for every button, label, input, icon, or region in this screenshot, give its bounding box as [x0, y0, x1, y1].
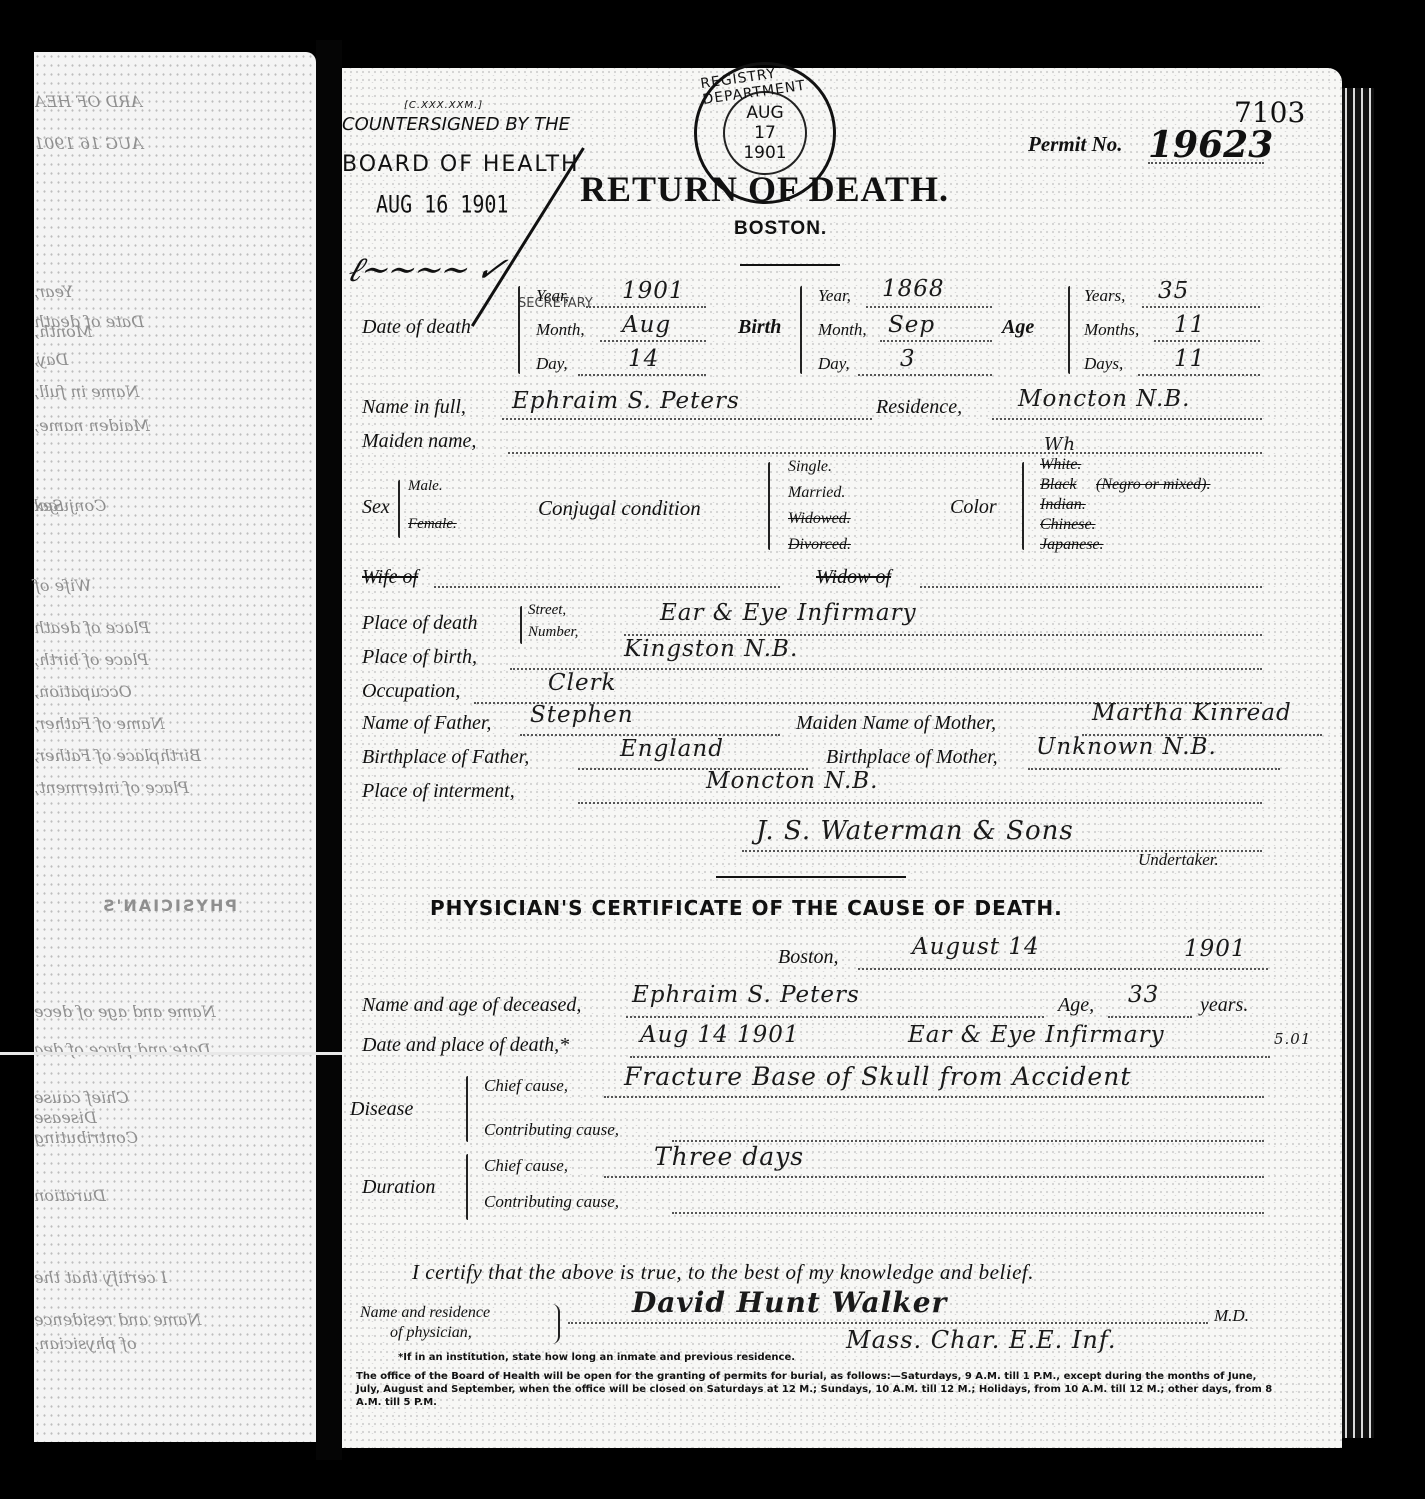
street-label: Street, [528, 602, 566, 619]
disease-chief-cause-label: Chief cause, [484, 1076, 568, 1096]
field-line [604, 1096, 1264, 1098]
field-line [600, 340, 706, 342]
stub-mirrored-text: Place of birth, [34, 650, 304, 669]
stub-mirrored-text: Conjugal [34, 496, 304, 515]
stub-mirrored-text: Place of interment, [34, 778, 304, 797]
certificate-age-label: Age, [1058, 994, 1094, 1017]
stub-mirrored-text: Birthplace of Father, [34, 746, 304, 765]
field-line [510, 668, 1262, 670]
birth-month-value: Sep [888, 312, 935, 338]
age-days-value: 11 [1174, 346, 1205, 372]
brace [466, 1154, 468, 1220]
stub-mirrored-text: Occupation, [34, 682, 304, 701]
permit-number: 19623 [1148, 124, 1273, 166]
form-title: RETURN OF DEATH. [580, 168, 949, 210]
number-label: Number, [528, 624, 578, 641]
field-line [1108, 1016, 1192, 1018]
death-date-value: Aug 14 1901 [640, 1022, 800, 1048]
name-value: Ephraim S. Peters [512, 388, 740, 414]
stub-mirrored-text: Wife of [34, 576, 304, 595]
stub-mirrored-text: Name of Father, [34, 714, 304, 733]
father-birthplace-label: Birthplace of Father, [362, 746, 529, 769]
duration-chief-cause-label: Chief cause, [484, 1156, 568, 1176]
stub-mirrored-text: I certify that the [34, 1268, 304, 1287]
option-chinese: Chinese. [1040, 516, 1096, 534]
field-line [672, 1212, 1264, 1214]
color-note: Wh [1044, 434, 1076, 455]
field-line [880, 340, 992, 342]
duration-chief-cause-value: Three days [654, 1142, 804, 1171]
birth-day-label: Day, [818, 354, 850, 374]
interment-value: Moncton N.B. [706, 768, 878, 794]
undertaker-label: Undertaker. [1138, 850, 1219, 870]
field-line [1138, 374, 1260, 376]
brace [520, 606, 522, 644]
brace [768, 462, 770, 550]
form-code: [C.XXX.XXM.] [404, 100, 483, 111]
age-label: Age [1002, 316, 1034, 339]
stub-mirrored-text: Date and place of dea [34, 1040, 304, 1059]
residence-label: Residence, [876, 396, 962, 419]
brace [398, 480, 400, 538]
birth-year-value: 1868 [882, 276, 945, 302]
field-line [920, 586, 1262, 588]
age-years-value: 35 [1158, 278, 1189, 304]
birth-year-label: Year, [818, 286, 851, 306]
field-line [626, 1016, 1044, 1018]
stub-mirrored-text: Year, [34, 282, 304, 301]
father-birthplace-value: England [620, 736, 724, 762]
mother-birthplace-label: Birthplace of Mother, [826, 746, 998, 769]
place-of-death-value: Ear & Eye Infirmary [660, 600, 917, 626]
interment-label: Place of interment, [362, 780, 515, 803]
place-of-birth-value: Kingston N.B. [624, 636, 798, 662]
death-day-label: Day, [536, 354, 568, 374]
sex-option-male: Male. [408, 478, 443, 495]
field-line [1028, 768, 1280, 770]
death-month-value: Aug [622, 312, 671, 338]
stub-mirrored-text: Chief cause [34, 1088, 304, 1107]
conjugal-condition-label: Conjugal condition [538, 496, 701, 521]
physician-label-2: of physician, [390, 1324, 472, 1342]
place-of-birth-label: Place of birth, [362, 646, 477, 669]
stub-mirrored-text: Place of death [34, 618, 304, 637]
option-single: Single. [788, 458, 832, 476]
death-day-value: 14 [628, 346, 659, 372]
stub-mirrored-text: Day, [34, 350, 304, 369]
certificate-city-label: Boston, [778, 946, 839, 969]
stamp-date: AUG 17 1901 [697, 103, 833, 163]
stub-mirrored-text: Name in full, [34, 382, 304, 401]
mother-maiden-name-label: Maiden Name of Mother, [796, 712, 996, 735]
option-japanese: Japanese. [1040, 536, 1104, 554]
duration-label: Duration [362, 1176, 435, 1199]
brace [800, 286, 802, 374]
brace [518, 286, 520, 374]
margin-note: 5.01 [1274, 1030, 1311, 1048]
maiden-name-label: Maiden name, [362, 430, 476, 453]
disease-contributing-cause-label: Contributing cause, [484, 1120, 619, 1140]
brace [1022, 462, 1024, 550]
death-year-label: Year, [536, 286, 569, 306]
age-months-value: 11 [1174, 312, 1205, 338]
office-hours-notice: The office of the Board of Health will b… [356, 1370, 1276, 1409]
undertaker-signature: J. S. Waterman & Sons [756, 816, 1074, 846]
age-years-label: Years, [1084, 286, 1125, 306]
disease-chief-cause-value: Fracture Base of Skull from Accident [624, 1062, 1131, 1091]
stub-mirrored-text: Contributing [34, 1128, 304, 1147]
death-year-value: 1901 [622, 278, 685, 304]
brace [466, 1076, 468, 1142]
disease-label: Disease [350, 1098, 413, 1121]
stub-mirrored-text: Month, [34, 322, 304, 341]
option-divorced: Divorced. [788, 536, 851, 554]
death-return-form: [C.XXX.XXM.] COUNTERSIGNED BY THE BOARD … [342, 68, 1342, 1448]
stub-mirrored-text: Disease [34, 1108, 304, 1127]
ornamental-rule [716, 876, 906, 878]
color-label: Color [950, 496, 997, 519]
place-of-death-label: Place of death [362, 612, 478, 635]
secretary-signature: ℓ∼∼∼∼ ✓ [343, 250, 511, 290]
option-black: Black [1040, 476, 1076, 494]
option-indian: Indian. [1040, 496, 1086, 514]
option-white: White. [1040, 456, 1081, 474]
stub-mirrored-text: Maiden name, [34, 416, 304, 435]
years-label: years. [1200, 994, 1248, 1017]
permit-label: Permit No. [1028, 132, 1123, 157]
option-negroormixed: (Negro or mixed). [1096, 476, 1211, 494]
stamp-day: 17 [697, 123, 833, 143]
father-name-label: Name of Father, [362, 712, 491, 735]
stub-mirrored-text: AUG 16 1901 [34, 134, 304, 153]
page-stack-edges [1342, 88, 1374, 1438]
stamped-number: 7103 [1234, 96, 1305, 129]
md-label: M.D. [1214, 1306, 1249, 1326]
certification-statement: I certify that the above is true, to the… [412, 1260, 1034, 1285]
certificate-year-value: 1901 [1184, 936, 1247, 962]
stub-mirrored-text: PHYSICIAN'S [34, 896, 304, 915]
field-line [1142, 306, 1260, 308]
deceased-label: Name and age of deceased, [362, 994, 581, 1017]
field-line [1154, 340, 1260, 342]
option-widowed: Widowed. [788, 510, 851, 528]
birth-label: Birth [738, 316, 781, 339]
physician-certificate-title: PHYSICIAN'S CERTIFICATE OF THE CAUSE OF … [430, 896, 1063, 920]
certificate-age-value: 33 [1128, 982, 1159, 1008]
physician-signature: David Hunt Walker [632, 1286, 947, 1319]
occupation-label: Occupation, [362, 680, 460, 703]
countersigned-label: [C.XXX.XXM.] COUNTERSIGNED BY THE [342, 114, 570, 135]
brace [552, 1304, 560, 1344]
age-months-label: Months, [1084, 320, 1139, 340]
physician-residence: Mass. Char. E.E. Inf. [846, 1326, 1117, 1354]
field-line [586, 306, 706, 308]
field-line [630, 1056, 1270, 1058]
board-date-stamp: AUG 16 1901 [376, 190, 508, 219]
stub-mirrored-text: of physician, [34, 1334, 304, 1353]
stub-mirrored-text: Name and age of dece [34, 1002, 304, 1021]
death-place-value: Ear & Eye Infirmary [908, 1022, 1165, 1048]
duration-contributing-cause-label: Contributing cause, [484, 1192, 619, 1212]
field-line [858, 374, 992, 376]
brace [1068, 286, 1070, 374]
field-line [578, 802, 1262, 804]
field-line [434, 586, 780, 588]
countersigned-text: COUNTERSIGNED BY THE [342, 114, 570, 135]
widow-of-label: Widow of [816, 566, 891, 589]
occupation-value: Clerk [548, 670, 617, 696]
death-month-label: Month, [536, 320, 585, 340]
stub-mirrored-text: Name and residence [34, 1310, 304, 1329]
field-line [992, 418, 1262, 420]
age-days-label: Days, [1084, 354, 1123, 374]
field-line [858, 968, 1268, 970]
binding-gutter [316, 40, 342, 1460]
date-place-of-death-label: Date and place of death,* [362, 1034, 569, 1057]
field-line [604, 1176, 1264, 1178]
mother-birthplace-value: Unknown N.B. [1036, 734, 1217, 760]
option-married: Married. [788, 484, 845, 502]
institution-footnote: *If in an institution, state how long an… [398, 1352, 795, 1363]
sex-option-female: Female. [408, 516, 457, 533]
birth-day-value: 3 [900, 346, 916, 372]
sex-label: Sex [362, 496, 390, 519]
physician-label: Name and residence [360, 1304, 490, 1322]
residence-value: Moncton N.B. [1018, 386, 1190, 412]
father-name-value: Stephen [530, 702, 634, 728]
ornamental-rule [740, 264, 840, 266]
name-label: Name in full, [362, 396, 466, 419]
wife-of-label: Wife of [362, 566, 418, 589]
deceased-value: Ephraim S. Peters [632, 982, 860, 1008]
board-of-health-label: BOARD OF HEALTH [342, 152, 580, 177]
stamp-month: AUG [697, 103, 833, 123]
form-city: BOSTON. [734, 218, 827, 240]
scan-artifact-line [0, 1052, 345, 1055]
date-of-death-label: Date of death [362, 316, 471, 339]
field-line [508, 452, 1262, 454]
certificate-date-value: August 14 [912, 934, 1040, 960]
field-line [578, 374, 706, 376]
mother-maiden-name-value: Martha Kinread [1092, 700, 1292, 726]
birth-month-label: Month, [818, 320, 867, 340]
field-line [568, 1322, 1208, 1324]
stub-mirrored-text: ARD OF HEA [34, 92, 304, 111]
field-line [502, 418, 872, 420]
stamp-year: 1901 [697, 143, 833, 163]
field-line [866, 306, 992, 308]
stub-mirrored-text: Duration [34, 1186, 304, 1205]
